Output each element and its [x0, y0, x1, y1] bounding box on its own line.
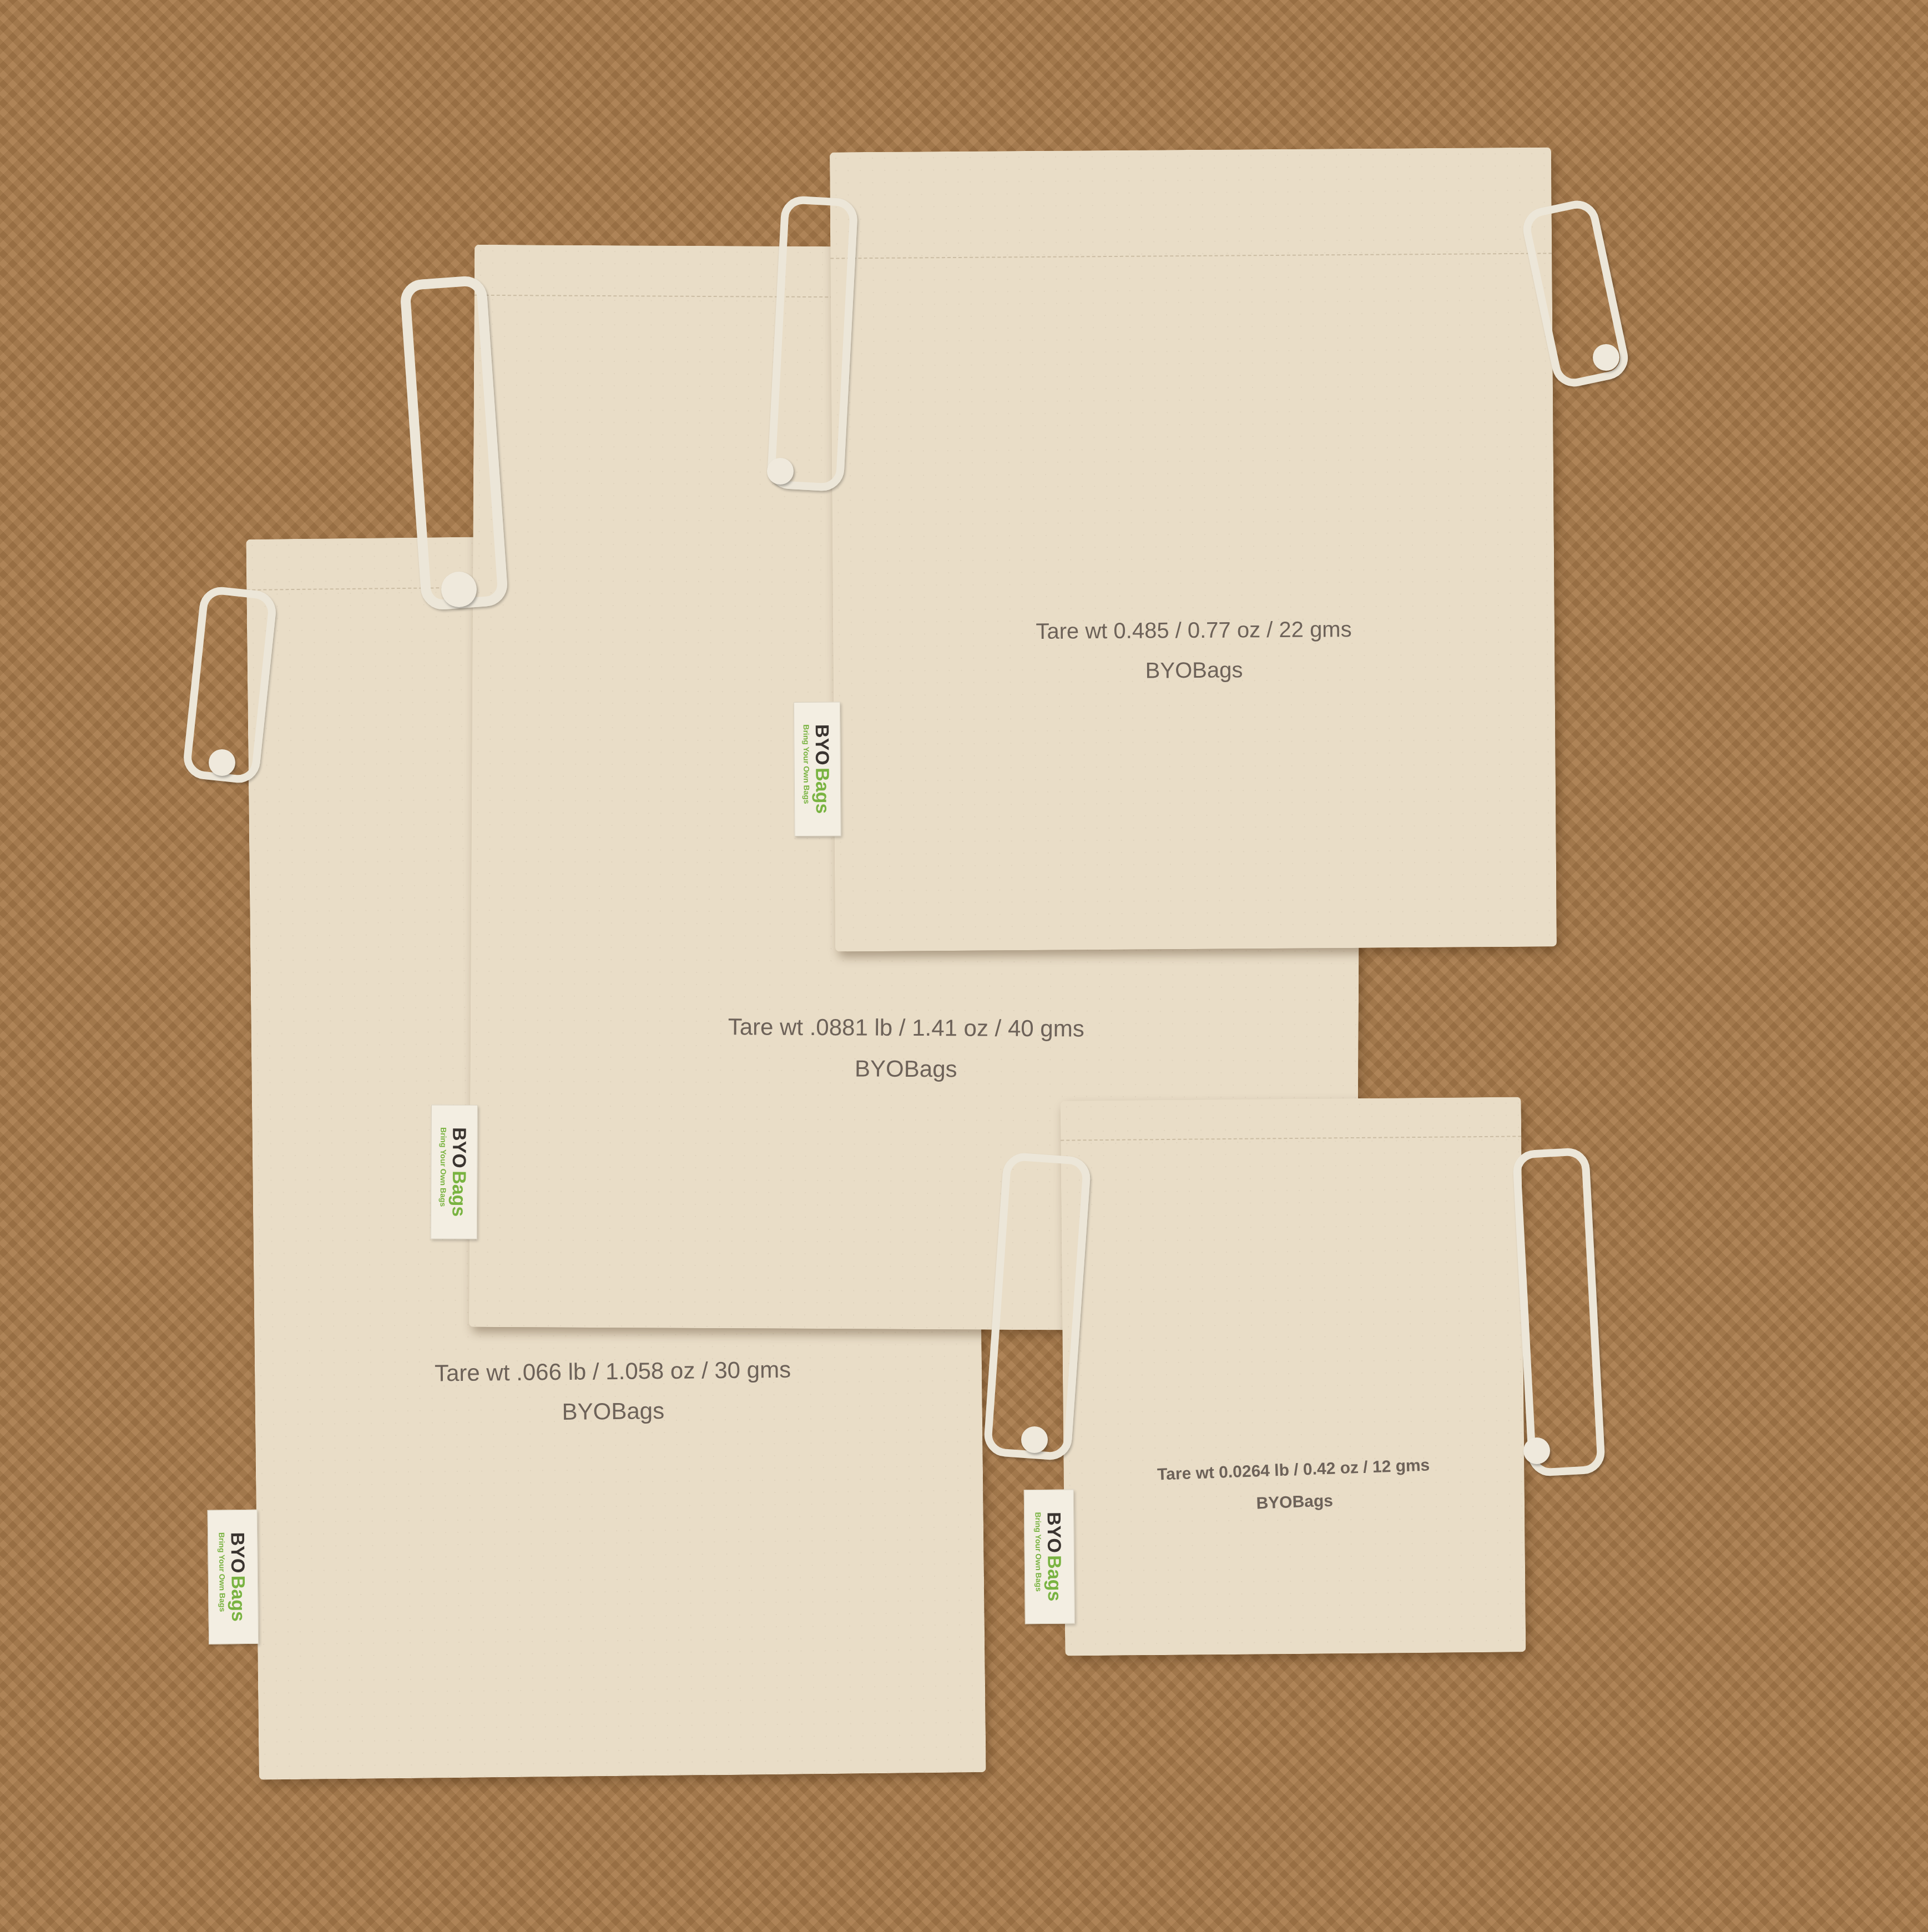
tag-brand-bags: Bags — [227, 1575, 249, 1622]
tag-brand-byo: BYO — [448, 1127, 470, 1168]
bag-small: Tare wt 0.0264 lb / 0.42 oz / 12 gms BYO… — [1061, 1097, 1526, 1656]
tag-brand-byo: BYO — [227, 1532, 249, 1573]
bag-hem — [1061, 1136, 1521, 1142]
tare-weight-label: Tare wt .0881 lb / 1.41 oz / 40 gms — [454, 1005, 1359, 1051]
bag-print: Tare wt 0.485 / 0.77 oz / 22 gms BYOBags — [833, 608, 1555, 693]
brand-tag-text: BYO Bags Bring Your Own Bags — [438, 1127, 470, 1217]
bag-print: Tare wt 0.0264 lb / 0.42 oz / 12 gms BYO… — [1063, 1446, 1526, 1527]
tare-weight-label: Tare wt 0.485 / 0.77 oz / 22 gms — [833, 608, 1554, 653]
tag-brand-bags: Bags — [811, 768, 833, 814]
brand-tag: BYO Bags Bring Your Own Bags — [208, 1510, 259, 1645]
bag-print: Tare wt .0881 lb / 1.41 oz / 40 gms BYOB… — [453, 1005, 1359, 1092]
drawstring-knot — [767, 458, 794, 485]
drawstring-knot — [441, 572, 477, 607]
drawstring-knot — [1593, 344, 1619, 371]
tag-tagline: Bring Your Own Bags — [218, 1532, 228, 1622]
bag-print: Tare wt .066 lb / 1.058 oz / 30 gms BYOB… — [244, 1348, 982, 1435]
brand-tag-text: BYO Bags Bring Your Own Bags — [218, 1532, 249, 1622]
brand-label: BYOBags — [453, 1046, 1358, 1092]
drawstring-knot — [209, 749, 235, 776]
bag-medium: Tare wt 0.485 / 0.77 oz / 22 gms BYOBags… — [830, 147, 1557, 951]
brand-tag-text: BYO Bags Bring Your Own Bags — [802, 724, 833, 814]
tag-tagline: Bring Your Own Bags — [802, 724, 811, 814]
tag-brand-byo: BYO — [1043, 1512, 1065, 1553]
brand-tag-text: BYO Bags Bring Your Own Bags — [1034, 1512, 1065, 1602]
tag-brand-bags: Bags — [1043, 1555, 1065, 1601]
tag-brand-bags: Bags — [448, 1171, 469, 1217]
drawstring-cord — [766, 195, 858, 492]
drawstring-cord — [1512, 1147, 1606, 1477]
tare-weight-label: Tare wt .066 lb / 1.058 oz / 30 gms — [244, 1348, 982, 1395]
brand-label: BYOBags — [244, 1388, 982, 1435]
tag-tagline: Bring Your Own Bags — [1034, 1512, 1043, 1601]
brand-label: BYOBags — [833, 648, 1554, 693]
drawstring-knot — [1021, 1426, 1048, 1453]
tag-brand-byo: BYO — [811, 724, 833, 765]
drawstring-knot — [1523, 1437, 1550, 1464]
brand-tag: BYO Bags Bring Your Own Bags — [1024, 1489, 1075, 1624]
brand-tag: BYO Bags Bring Your Own Bags — [431, 1104, 478, 1239]
tag-tagline: Bring Your Own Bags — [438, 1127, 448, 1217]
bag-hem — [830, 253, 1552, 260]
brand-tag: BYO Bags Bring Your Own Bags — [794, 702, 841, 836]
